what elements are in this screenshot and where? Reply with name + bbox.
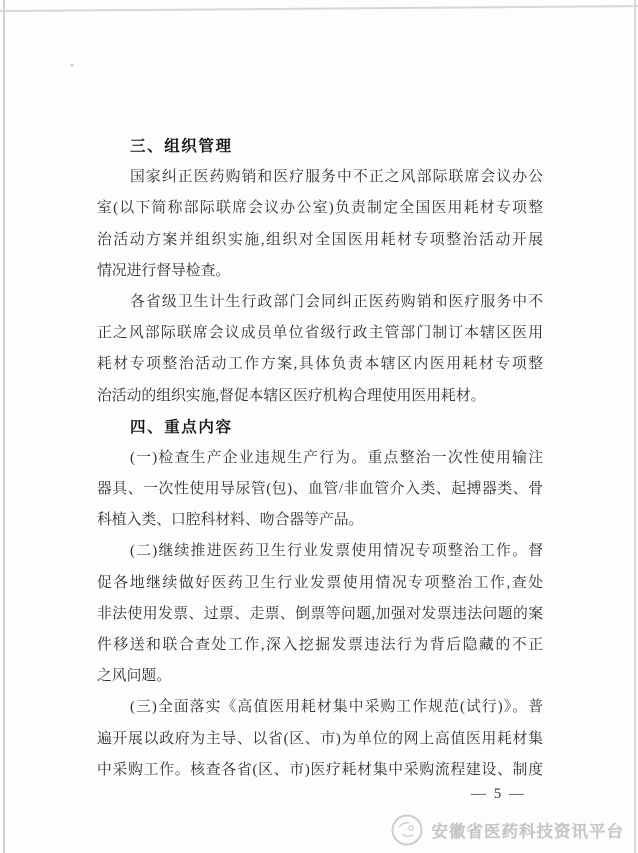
scan-edge-left-line — [3, 0, 5, 853]
paragraph-line: (一)检查生产企业违规生产行为。重点整治一次性使用输注 — [97, 443, 543, 474]
scan-edge-top-line — [0, 5, 638, 12]
scan-speck-artifact — [70, 64, 74, 67]
paragraph-line: 室(以下简称部际联席会议办公室)负责制定全国医用耗材专项整 — [97, 193, 543, 224]
section-heading-3: 三、组织管理 — [97, 131, 543, 162]
scan-edge-right-line — [634, 0, 636, 853]
paragraph-line: 国家纠正医药购销和医疗服务中不正之风部际联席会议办公 — [97, 162, 543, 193]
paragraph-line: 非法使用发票、过票、走票、倒票等问题,加强对发票违法问题的案 — [97, 599, 543, 630]
paragraph-line: (三)全面落实《高值医用耗材集中采购工作规范(试行)》。普 — [97, 692, 543, 723]
paragraph-line: 器具、一次性使用导尿管(包)、血管/非血管介入类、起搏器类、骨 — [97, 474, 543, 505]
paragraph-line: 科植入类、口腔科材料、吻合器等产品。 — [97, 505, 543, 536]
paragraph-line: 治活动方案并组织实施,组织对全国医用耗材专项整治活动开展 — [97, 225, 543, 256]
paragraph-line: 遍开展以政府为主导、以省(区、市)为单位的网上高值医用耗材集 — [97, 724, 543, 755]
paragraph-line: 之风问题。 — [97, 661, 543, 692]
document-body: 三、组织管理 国家纠正医药购销和医疗服务中不正之风部际联席会议办公 室(以下简称… — [97, 131, 543, 786]
paragraph-line: 件移送和联合查处工作,深入挖掘发票违法行为背后隐藏的不正 — [97, 630, 543, 661]
paragraph-line: 促各地继续做好医药卫生行业发票使用情况专项整治工作,查处 — [97, 568, 543, 599]
section-heading-4: 四、重点内容 — [97, 412, 543, 443]
paragraph-line: 正之风部际联席会议成员单位省级行政主管部门制订本辖区医用 — [97, 318, 543, 349]
paragraph-line: 耗材专项整治活动工作方案,具体负责本辖区内医用耗材专项整 — [97, 349, 543, 380]
paragraph-line: 治活动的组织实施,督促本辖区医疗机构合理使用医用耗材。 — [97, 381, 543, 412]
footer-watermark-text: 安徽省医药科技资讯平台 — [432, 818, 625, 842]
footer-watermark: 安徽省医药科技资讯平台 — [390, 812, 625, 848]
platform-logo-icon — [390, 813, 424, 847]
paragraph-line: (二)继续推进医药卫生行业发票使用情况专项整治工作。督 — [97, 536, 543, 567]
paragraph-line: 各省级卫生计生行政部门会同纠正医药购销和医疗服务中不 — [97, 287, 543, 318]
page-number: — 5 — — [471, 782, 526, 806]
paragraph-line: 情况进行督导检查。 — [97, 256, 543, 287]
